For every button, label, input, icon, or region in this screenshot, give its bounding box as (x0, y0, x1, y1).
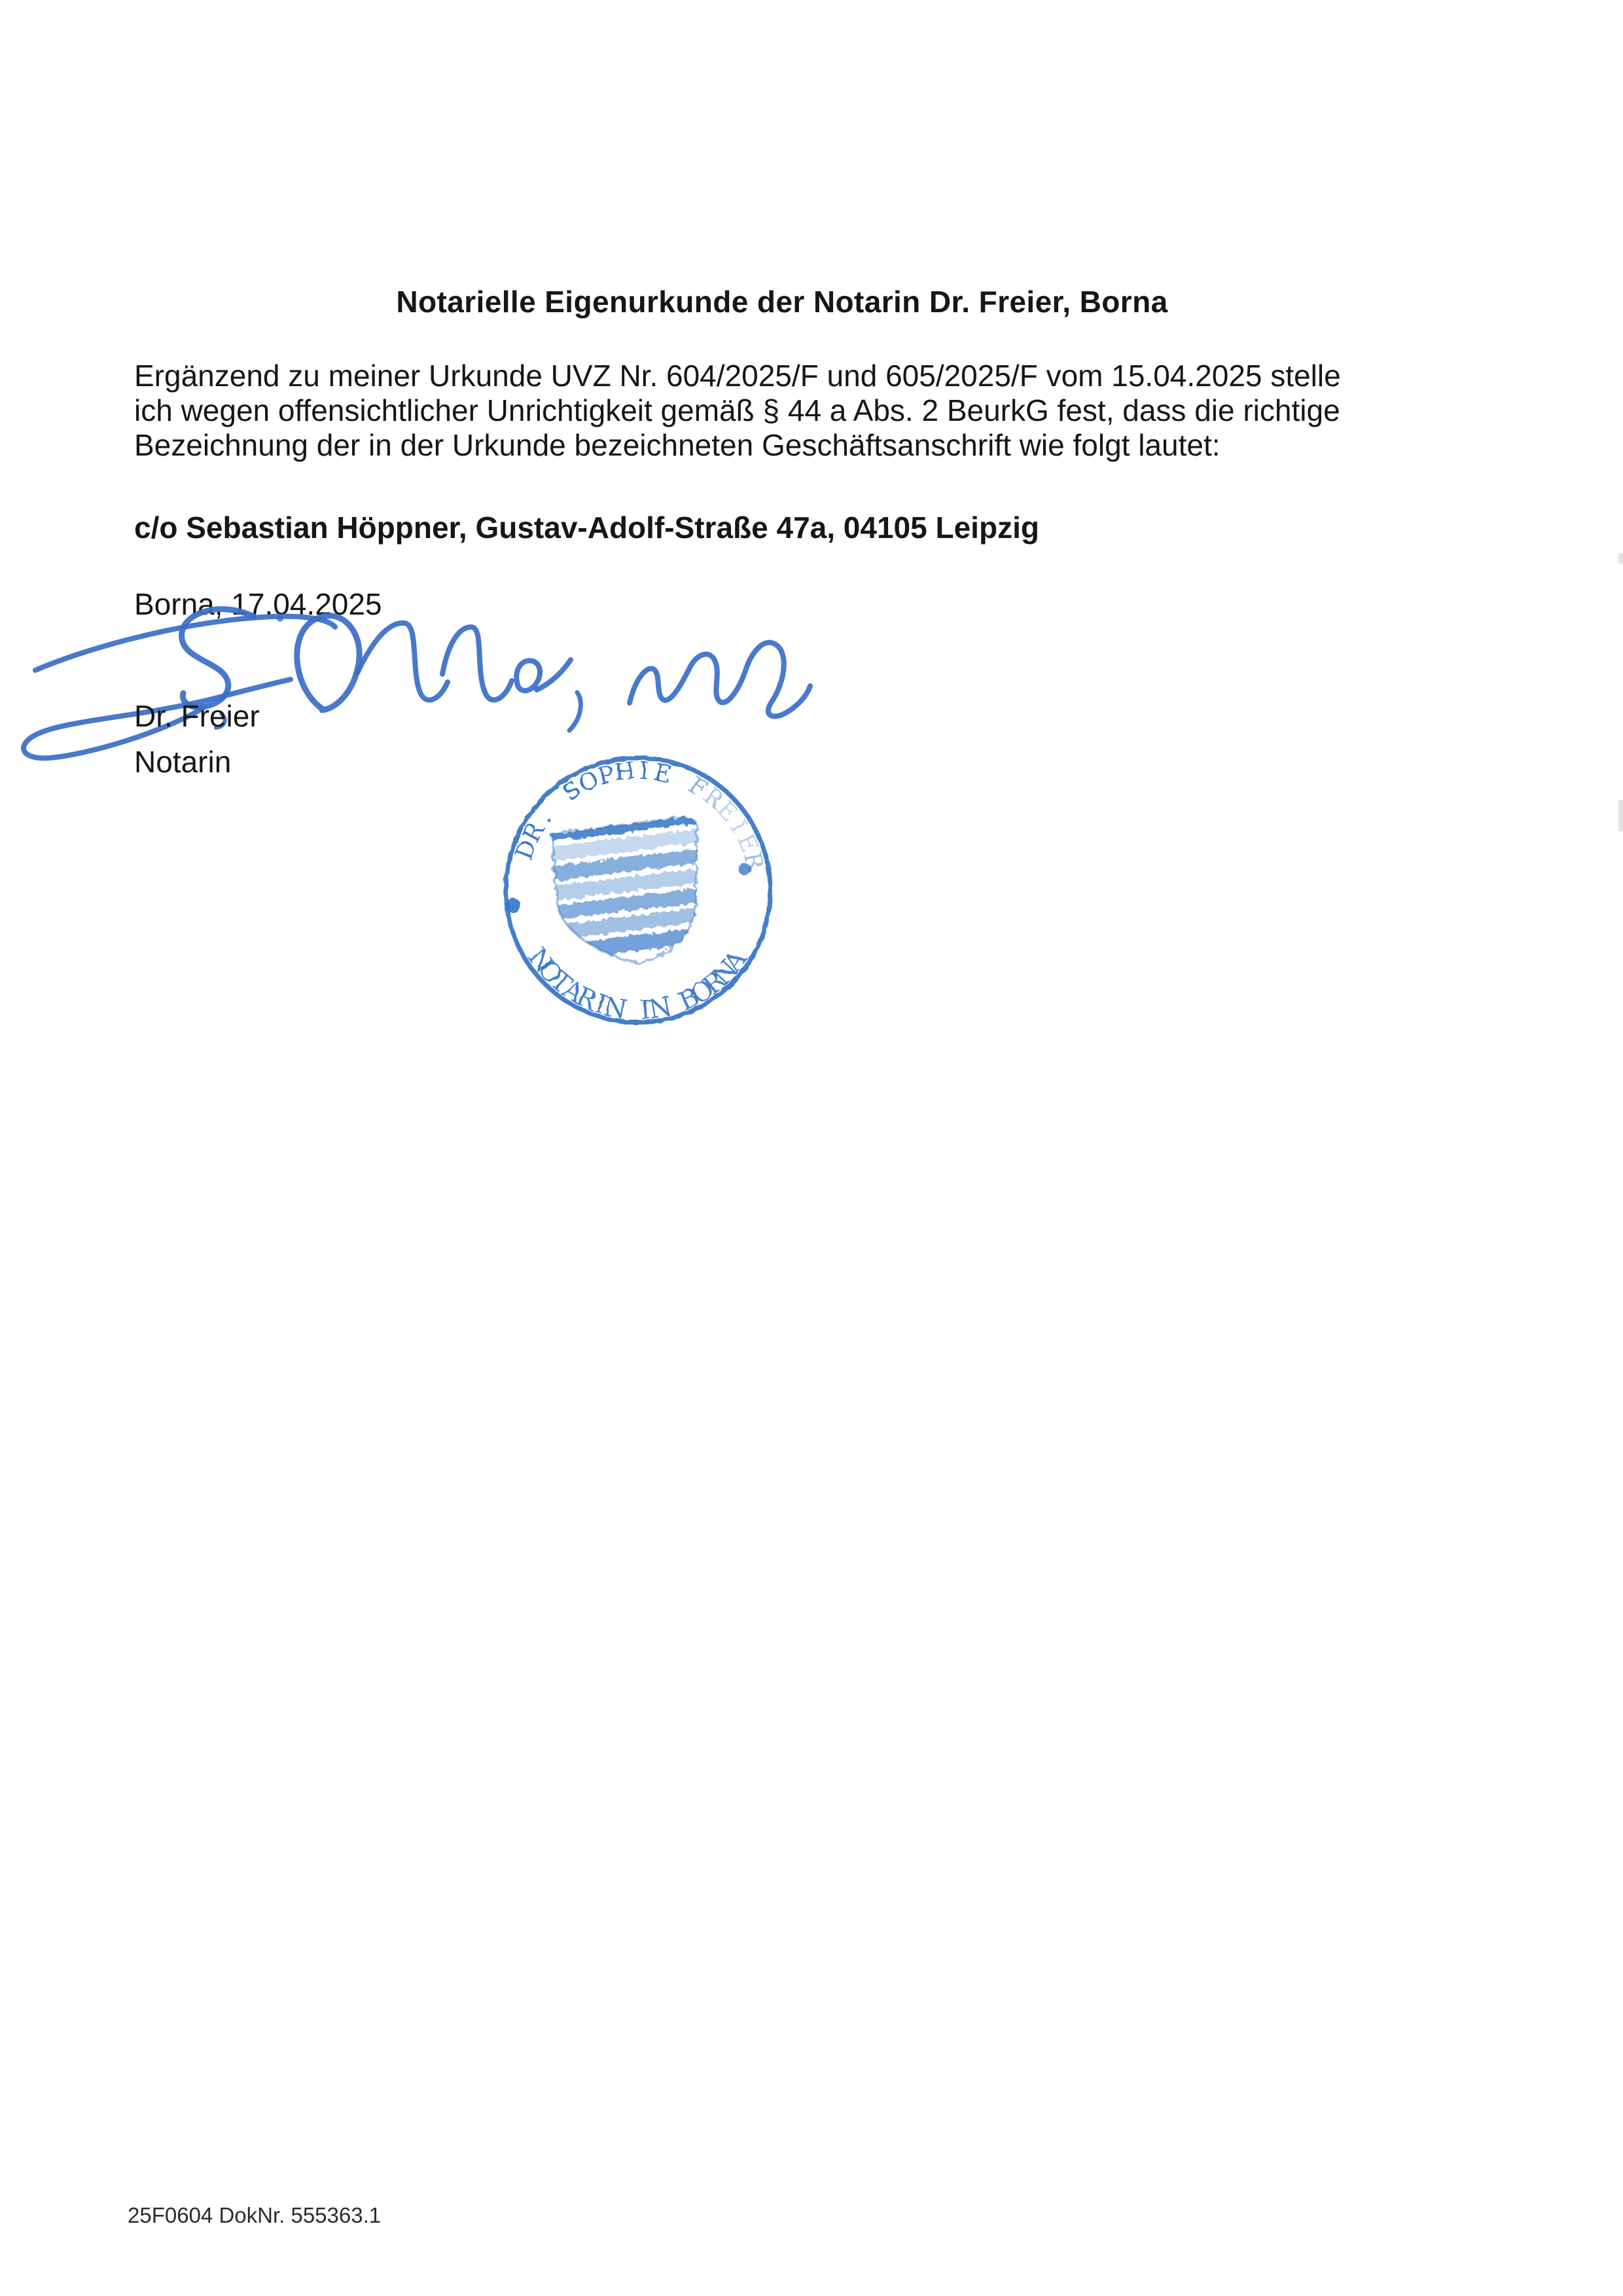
body-line-1: Ergänzend zu meiner Urkunde UVZ Nr. 604/… (134, 359, 1341, 393)
handwritten-signature-image (12, 597, 823, 767)
scan-edge-artifact (1618, 553, 1623, 564)
document-reference-number: 25F0604 DokNr. 555363.1 (128, 2203, 381, 2228)
signer-title: Notarin (134, 744, 231, 780)
body-paragraph: Ergänzend zu meiner Urkunde UVZ Nr. 604/… (134, 359, 1341, 463)
scan-edge-artifact (1618, 800, 1623, 831)
svg-text:H: H (613, 757, 637, 786)
svg-text:N: N (646, 992, 675, 1026)
signer-name: Dr. Freier (134, 698, 260, 734)
body-line-2: ich wegen offensichtlicher Unrichtigkeit… (134, 393, 1341, 428)
document-title: Notarielle Eigenurkunde der Notarin Dr. … (134, 284, 1430, 319)
ink-fleck (277, 615, 283, 622)
seal-coat-of-arms-shield (531, 802, 736, 963)
seal-bottom-text: NOTARIN IN BORNA (522, 942, 753, 1026)
seal-left-dot (506, 898, 520, 912)
corrected-address: c/o Sebastian Höppner, Gustav-Adolf-Stra… (134, 510, 1039, 545)
scanned-notary-document: { "document": { "title": "Notarielle Eig… (0, 0, 1623, 2296)
svg-text:I: I (639, 758, 650, 785)
notary-seal-stamp: DR. SOPHIE FREIER NOTARIN IN BORNA (494, 746, 782, 1034)
body-line-3: Bezeichnung der in der Urkunde bezeichne… (134, 428, 1341, 463)
svg-text:E: E (651, 759, 674, 789)
signature-strokes (24, 609, 810, 759)
